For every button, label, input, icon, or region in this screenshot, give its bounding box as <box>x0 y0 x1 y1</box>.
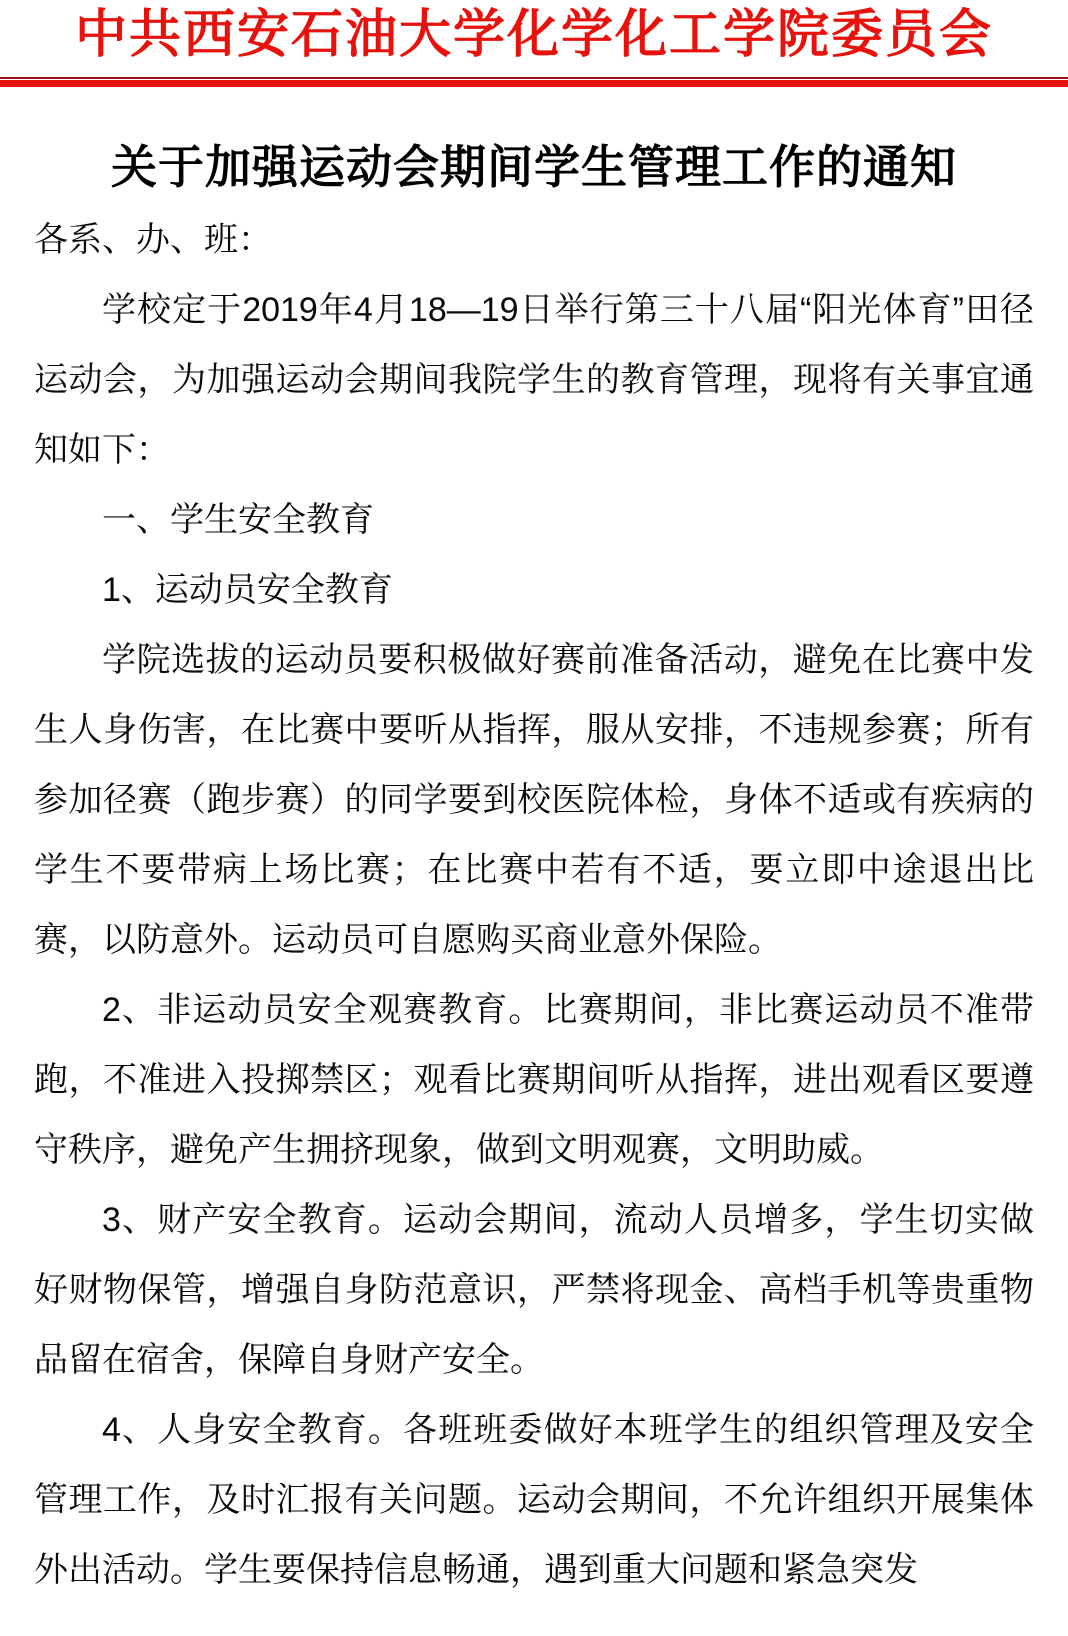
salutation: 各系、办、班： <box>34 205 1034 275</box>
red-divider-thin-line <box>0 77 1068 79</box>
red-divider-thick-line <box>0 80 1068 87</box>
document-page: 中共西安石油大学化学化工学院委员会 关于加强运动会期间学生管理工作的通知 各系、… <box>0 0 1068 1636</box>
subsection-heading-athlete-safety: 1、运动员安全教育 <box>34 555 1034 625</box>
letterhead: 中共西安石油大学化学化工学院委员会 <box>0 0 1068 87</box>
section-heading-student-safety: 一、学生安全教育 <box>34 485 1034 555</box>
document-body: 各系、办、班： 学校定于2019年4月18—19日举行第三十八届“阳光体育”田径… <box>34 205 1034 1605</box>
paragraph-intro: 学校定于2019年4月18—19日举行第三十八届“阳光体育”田径运动会，为加强运… <box>34 275 1034 485</box>
red-divider <box>0 77 1068 87</box>
paragraph-spectator-safety: 2、非运动员安全观赛教育。比赛期间，非比赛运动员不准带跑，不准进入投掷禁区；观看… <box>34 975 1034 1185</box>
paragraph-athlete-safety: 学院选拔的运动员要积极做好赛前准备活动，避免在比赛中发生人身伤害，在比赛中要听从… <box>34 625 1034 975</box>
paragraph-property-safety: 3、财产安全教育。运动会期间，流动人员增多，学生切实做好财物保管，增强自身防范意… <box>34 1185 1034 1395</box>
paragraph-personal-safety: 4、人身安全教育。各班班委做好本班学生的组织管理及安全管理工作，及时汇报有关问题… <box>34 1395 1034 1605</box>
letterhead-org-name: 中共西安石油大学化学化工学院委员会 <box>0 6 1068 64</box>
document-title: 关于加强运动会期间学生管理工作的通知 <box>0 137 1068 197</box>
